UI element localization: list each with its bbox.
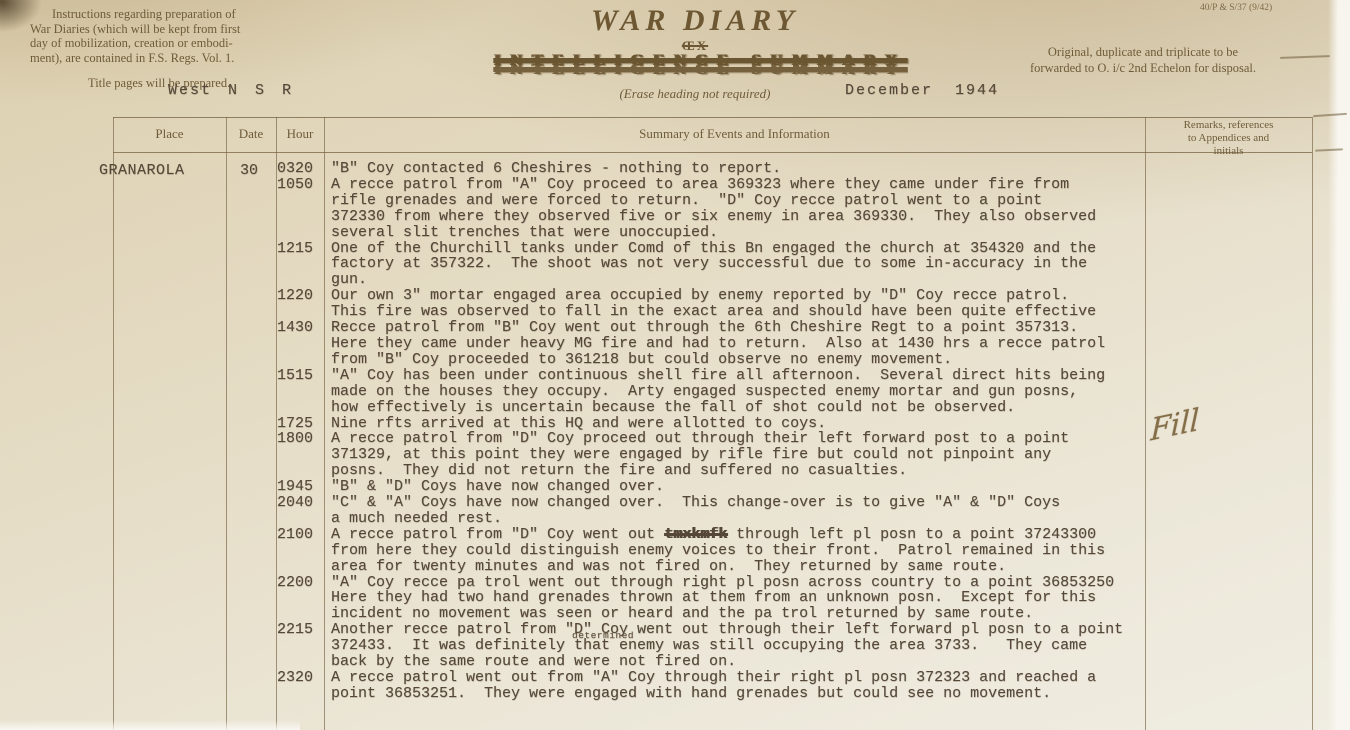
column-header-hour: Hour xyxy=(276,126,324,142)
entry-hour: 2320 xyxy=(277,670,331,702)
overstruck-word: tmxkmfk xyxy=(664,526,727,543)
entry-hour: 1220 xyxy=(277,288,331,320)
entry-text: A recce patrol from "A" Coy proceed to a… xyxy=(331,177,1145,241)
entry-hour: 2100 xyxy=(277,527,331,575)
summary-remarks-rule xyxy=(1145,117,1146,730)
entry-hour: 1050 xyxy=(277,177,331,241)
instructions-note: Instructions regarding preparation of Wa… xyxy=(30,7,366,65)
column-header-summary: Summary of Events and Information xyxy=(324,126,1145,142)
diary-entry: 2040"C" & "A" Coys have now changed over… xyxy=(277,495,1145,527)
column-header-remarks: Remarks, references to Appendices and in… xyxy=(1147,119,1310,158)
handwritten-initials: Fill xyxy=(1150,402,1200,448)
entry-hour: 1725 xyxy=(277,416,331,432)
inserted-word-above-line: determined xyxy=(572,630,634,641)
diary-entry: 1220Our own 3" mortar engaged area occup… xyxy=(277,288,1145,320)
entry-hour: 1430 xyxy=(277,320,331,368)
entry-text: A recce patrol from "D" Coy went out tmx… xyxy=(331,527,1145,575)
table-header-rule xyxy=(113,152,1312,153)
entry-text: Recce patrol from "B" Coy went out throu… xyxy=(331,320,1145,368)
summary-entries: 0320"B" Coy contacted 6 Cheshires - noth… xyxy=(277,161,1145,702)
table-top-rule xyxy=(113,117,1312,118)
entry-text: "A" Coy has been under continuous shell … xyxy=(331,368,1145,416)
table-left-rule xyxy=(113,117,114,730)
place-value: GRANAROLA xyxy=(99,162,185,179)
entry-hour: 2215 xyxy=(277,622,331,670)
disposal-note: Original, duplicate and triplicate to be… xyxy=(948,45,1338,76)
entry-hour: 1215 xyxy=(277,241,331,289)
entry-text: Another recce patrol from "D" Coy went o… xyxy=(331,622,1145,670)
diary-entry: 1945"B" & "D" Coys have now changed over… xyxy=(277,479,1145,495)
unit-name: West N S R xyxy=(168,82,293,99)
diary-entry: 2215Another recce patrol from "D" Coy we… xyxy=(277,622,1145,670)
entry-hour: 2040 xyxy=(277,495,331,527)
entry-text: A recce patrol went out from "A" Coy thr… xyxy=(331,670,1145,702)
pencil-mark-header-right-2 xyxy=(1315,148,1343,151)
diary-entry: 2100A recce patrol from "D" Coy went out… xyxy=(277,527,1145,575)
form-reference-number: 40/P & S/37 (9/42) xyxy=(1200,3,1272,13)
entry-text: One of the Churchill tanks under Comd of… xyxy=(331,241,1145,289)
diary-entry: 1050A recce patrol from "A" Coy proceed … xyxy=(277,177,1145,241)
entry-hour: 2200 xyxy=(277,575,331,623)
diary-entry: 1725Nine rfts arrived at this HQ and wer… xyxy=(277,416,1145,432)
struck-heading-line-2: INTELLIGENCE SUMMARY xyxy=(468,61,933,79)
entry-text: "B" Coy contacted 6 Cheshires - nothing … xyxy=(331,161,1145,177)
page-title: WAR DIARY xyxy=(475,4,915,38)
place-date-rule xyxy=(226,117,227,730)
diary-entry: 1800A recce patrol from "D" Coy proceed … xyxy=(277,431,1145,479)
entry-text: "B" & "D" Coys have now changed over. xyxy=(331,479,1145,495)
entry-text: A recce patrol from "D" Coy proceed out … xyxy=(331,431,1145,479)
war-diary-scanned-page: Instructions regarding preparation of Wa… xyxy=(0,0,1350,730)
diary-entry: 1430Recce patrol from "B" Coy went out t… xyxy=(277,320,1145,368)
month-year: December 1944 xyxy=(845,82,999,99)
entry-hour: 1945 xyxy=(277,479,331,495)
diary-entry: 1515"A" Coy has been under continuous sh… xyxy=(277,368,1145,416)
entry-text: "C" & "A" Coys have now changed over. Th… xyxy=(331,495,1145,527)
entry-text: Our own 3" mortar engaged area occupied … xyxy=(331,288,1145,320)
pencil-mark-header-right-1 xyxy=(1313,113,1347,117)
diary-entry: 2200"A" Coy recce pa trol went out throu… xyxy=(277,575,1145,623)
entry-text: "A" Coy recce pa trol went out through r… xyxy=(331,575,1145,623)
entry-text: Nine rfts arrived at this HQ and were al… xyxy=(331,416,1145,432)
date-value: 30 xyxy=(240,162,258,179)
entry-text-pre: A recce patrol from "D" Coy went out xyxy=(331,526,664,543)
struck-heading: INTELLIGENCE SUMMARY INTELLIGENCE SUMMAR… xyxy=(468,52,933,82)
entry-hour: 0320 xyxy=(277,161,331,177)
column-header-place: Place xyxy=(113,126,226,142)
column-header-date: Date xyxy=(226,126,276,142)
table-right-rule xyxy=(1312,117,1313,730)
diary-entry: 2320A recce patrol went out from "A" Coy… xyxy=(277,670,1145,702)
diary-entry: 1215One of the Churchill tanks under Com… xyxy=(277,241,1145,289)
entry-hour: 1515 xyxy=(277,368,331,416)
scan-edge-bottom xyxy=(0,720,300,730)
entry-hour: 1800 xyxy=(277,431,331,479)
diary-entry: 0320"B" Coy contacted 6 Cheshires - noth… xyxy=(277,161,1145,177)
